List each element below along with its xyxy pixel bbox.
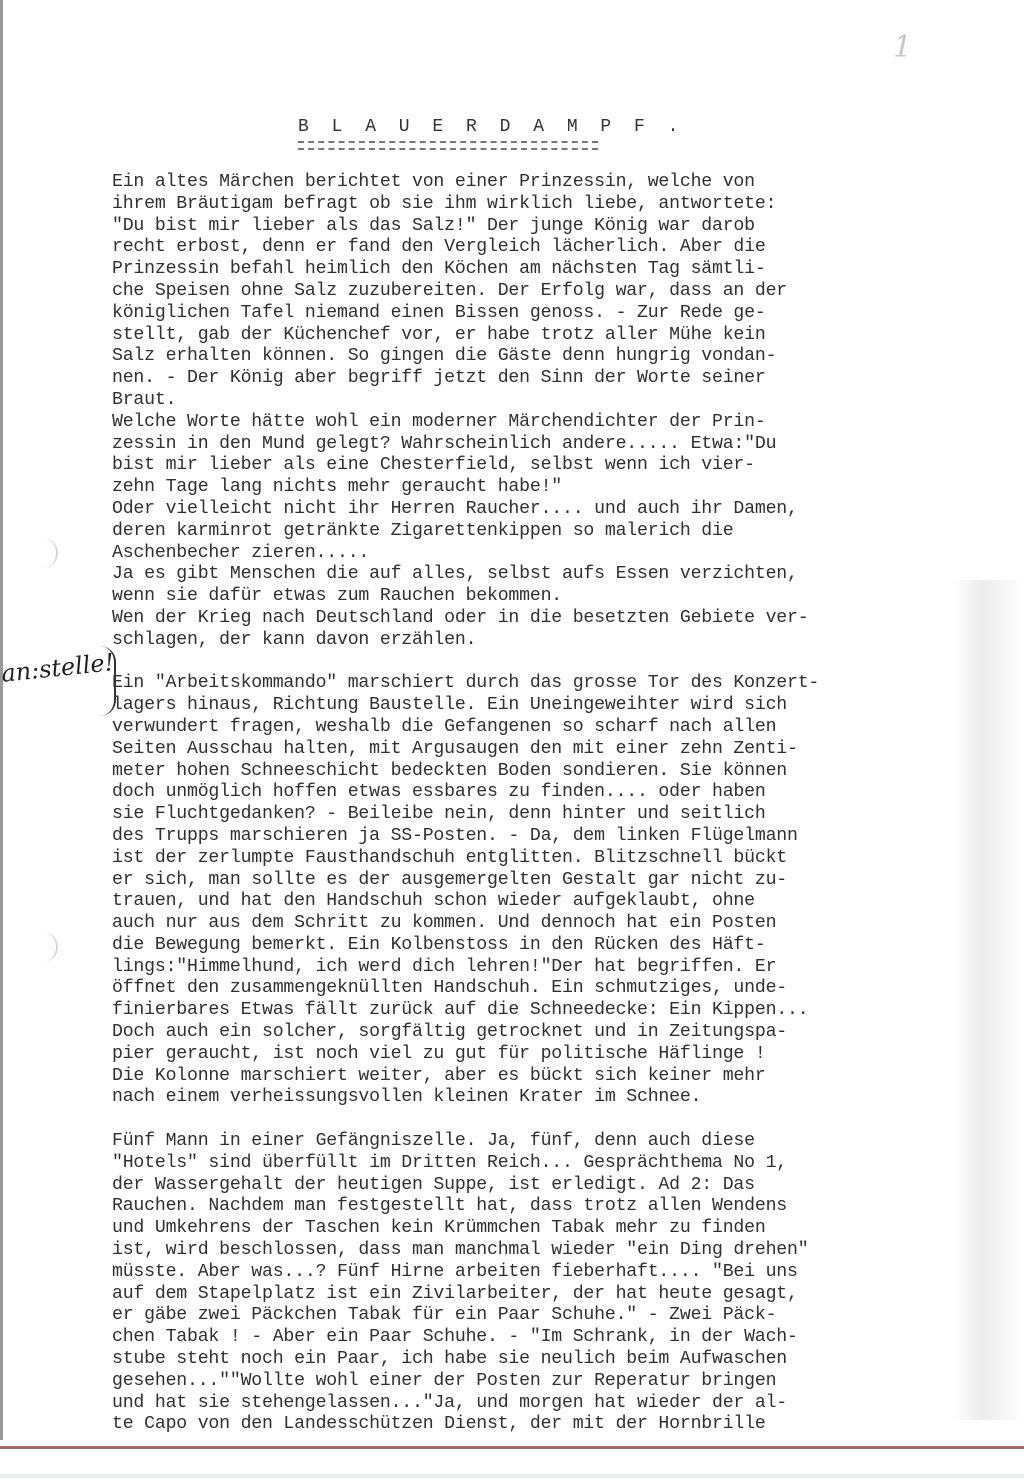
- punch-hole-icon: [42, 932, 58, 962]
- text-line: lagers hinaus, Richtung Baustelle. Ein U…: [112, 695, 962, 717]
- typewritten-body: Ein altes Märchen berichtet von einer Pr…: [112, 172, 962, 1436]
- text-line: lings:"Himmelhund, ich werd dich lehren!…: [112, 957, 962, 979]
- text-line: Fünf Mann in einer Gefängniszelle. Ja, f…: [112, 1131, 962, 1153]
- text-line: öffnet den zusammengeknüllten Handschuh.…: [112, 978, 962, 1000]
- bottom-rule-shadow: [0, 1474, 1024, 1478]
- text-line: verwundert fragen, weshalb die Gefangene…: [112, 717, 962, 739]
- text-line: Salz erhalten können. So gingen die Gäst…: [112, 346, 962, 368]
- text-line: gesehen...""Wollte wohl einer der Posten…: [112, 1371, 962, 1393]
- text-line: und Umkehrens der Taschen kein Krümmchen…: [112, 1218, 962, 1240]
- punch-hole-icon: [42, 538, 58, 568]
- handwritten-margin-note: an:stelle!: [0, 648, 116, 688]
- scan-fold-shadow: [954, 580, 1024, 1420]
- page-number: 1: [893, 30, 912, 65]
- text-line: Ein altes Märchen berichtet von einer Pr…: [112, 172, 962, 194]
- scan-left-edge: [0, 0, 3, 1440]
- text-line: zessin in den Mund gelegt? Wahrscheinlic…: [112, 434, 962, 456]
- text-line: trauen, und hat den Handschuh schon wied…: [112, 891, 962, 913]
- text-line: er gäbe zwei Päckchen Tabak für ein Paar…: [112, 1305, 962, 1327]
- text-line: stube steht noch ein Paar, ich habe sie …: [112, 1349, 962, 1371]
- text-line: [112, 652, 962, 674]
- text-line: er sich, man sollte es der ausgemergelte…: [112, 870, 962, 892]
- text-line: [112, 1109, 962, 1131]
- document-title: B L A U E R D A M P F .: [298, 117, 684, 137]
- text-line: che Speisen ohne Salz zuzubereiten. Der …: [112, 281, 962, 303]
- text-line: Welche Worte hätte wohl ein moderner Mär…: [112, 412, 962, 434]
- text-line: sie Fluchtgedanken? - Beileibe nein, den…: [112, 804, 962, 826]
- text-line: bist mir lieber als eine Chesterfield, s…: [112, 455, 962, 477]
- text-line: müsste. Aber was...? Fünf Hirne arbeiten…: [112, 1262, 962, 1284]
- text-line: te Capo von den Landesschützen Dienst, d…: [112, 1414, 962, 1436]
- text-line: Aschenbecher zieren.....: [112, 543, 962, 565]
- text-line: Oder vielleicht nicht ihr Herren Raucher…: [112, 499, 962, 521]
- text-line: wenn sie dafür etwas zum Rauchen bekomme…: [112, 586, 962, 608]
- text-line: pier geraucht, ist noch viel zu gut für …: [112, 1044, 962, 1066]
- text-line: auf dem Stapelplatz ist ein Zivilarbeite…: [112, 1284, 962, 1306]
- text-line: ist, wird beschlossen, dass man manchmal…: [112, 1240, 962, 1262]
- text-line: ihrem Bräutigam befragt ob sie ihm wirkl…: [112, 194, 962, 216]
- text-line: Ein "Arbeitskommando" marschiert durch d…: [112, 673, 962, 695]
- text-line: stellt, gab der Küchenchef vor, er habe …: [112, 325, 962, 347]
- text-line: nach einem verheissungsvollen kleinen Kr…: [112, 1087, 962, 1109]
- text-line: chen Tabak ! - Aber ein Paar Schuhe. - "…: [112, 1327, 962, 1349]
- text-line: Ja es gibt Menschen die auf alles, selbs…: [112, 564, 962, 586]
- text-line: Braut.: [112, 390, 962, 412]
- text-line: ist der zerlumpte Fausthandschuh entglit…: [112, 848, 962, 870]
- text-line: "Hotels" sind überfüllt im Dritten Reich…: [112, 1153, 962, 1175]
- text-line: Wen der Krieg nach Deutschland oder in d…: [112, 608, 962, 630]
- text-line: Seiten Ausschau halten, mit Argusaugen d…: [112, 739, 962, 761]
- text-line: der Wassergehalt der heutigen Suppe, ist…: [112, 1175, 962, 1197]
- text-line: königlichen Tafel niemand einen Bissen g…: [112, 303, 962, 325]
- text-line: finierbares Etwas fällt zurück auf die S…: [112, 1000, 962, 1022]
- text-line: und hat sie stehengelassen..."Ja, und mo…: [112, 1393, 962, 1415]
- text-line: nen. - Der König aber begriff jetzt den …: [112, 368, 962, 390]
- text-line: recht erbost, denn er fand den Vergleich…: [112, 237, 962, 259]
- text-line: Die Kolonne marschiert weiter, aber es b…: [112, 1066, 962, 1088]
- text-line: schlagen, der kann davon erzählen.: [112, 630, 962, 652]
- text-line: die Bewegung bemerkt. Ein Kolbenstoss in…: [112, 935, 962, 957]
- bottom-rule: [0, 1446, 1024, 1449]
- text-line: zehn Tage lang nichts mehr geraucht habe…: [112, 477, 962, 499]
- text-line: Rauchen. Nachdem man festgestellt hat, d…: [112, 1196, 962, 1218]
- text-line: Doch auch ein solcher, sorgfältig getroc…: [112, 1022, 962, 1044]
- text-line: auch nur aus dem Schritt zu kommen. Und …: [112, 913, 962, 935]
- text-line: Prinzessin befahl heimlich den Köchen am…: [112, 259, 962, 281]
- text-line: des Trupps marschieren ja SS-Posten. - D…: [112, 826, 962, 848]
- title-underline: [298, 141, 598, 150]
- text-line: "Du bist mir lieber als das Salz!" Der j…: [112, 216, 962, 238]
- text-line: meter hohen Schneeschicht bedeckten Bode…: [112, 761, 962, 783]
- text-line: doch unmöglich hoffen etwas essbares zu …: [112, 782, 962, 804]
- text-line: deren karminrot getränkte Zigarettenkipp…: [112, 521, 962, 543]
